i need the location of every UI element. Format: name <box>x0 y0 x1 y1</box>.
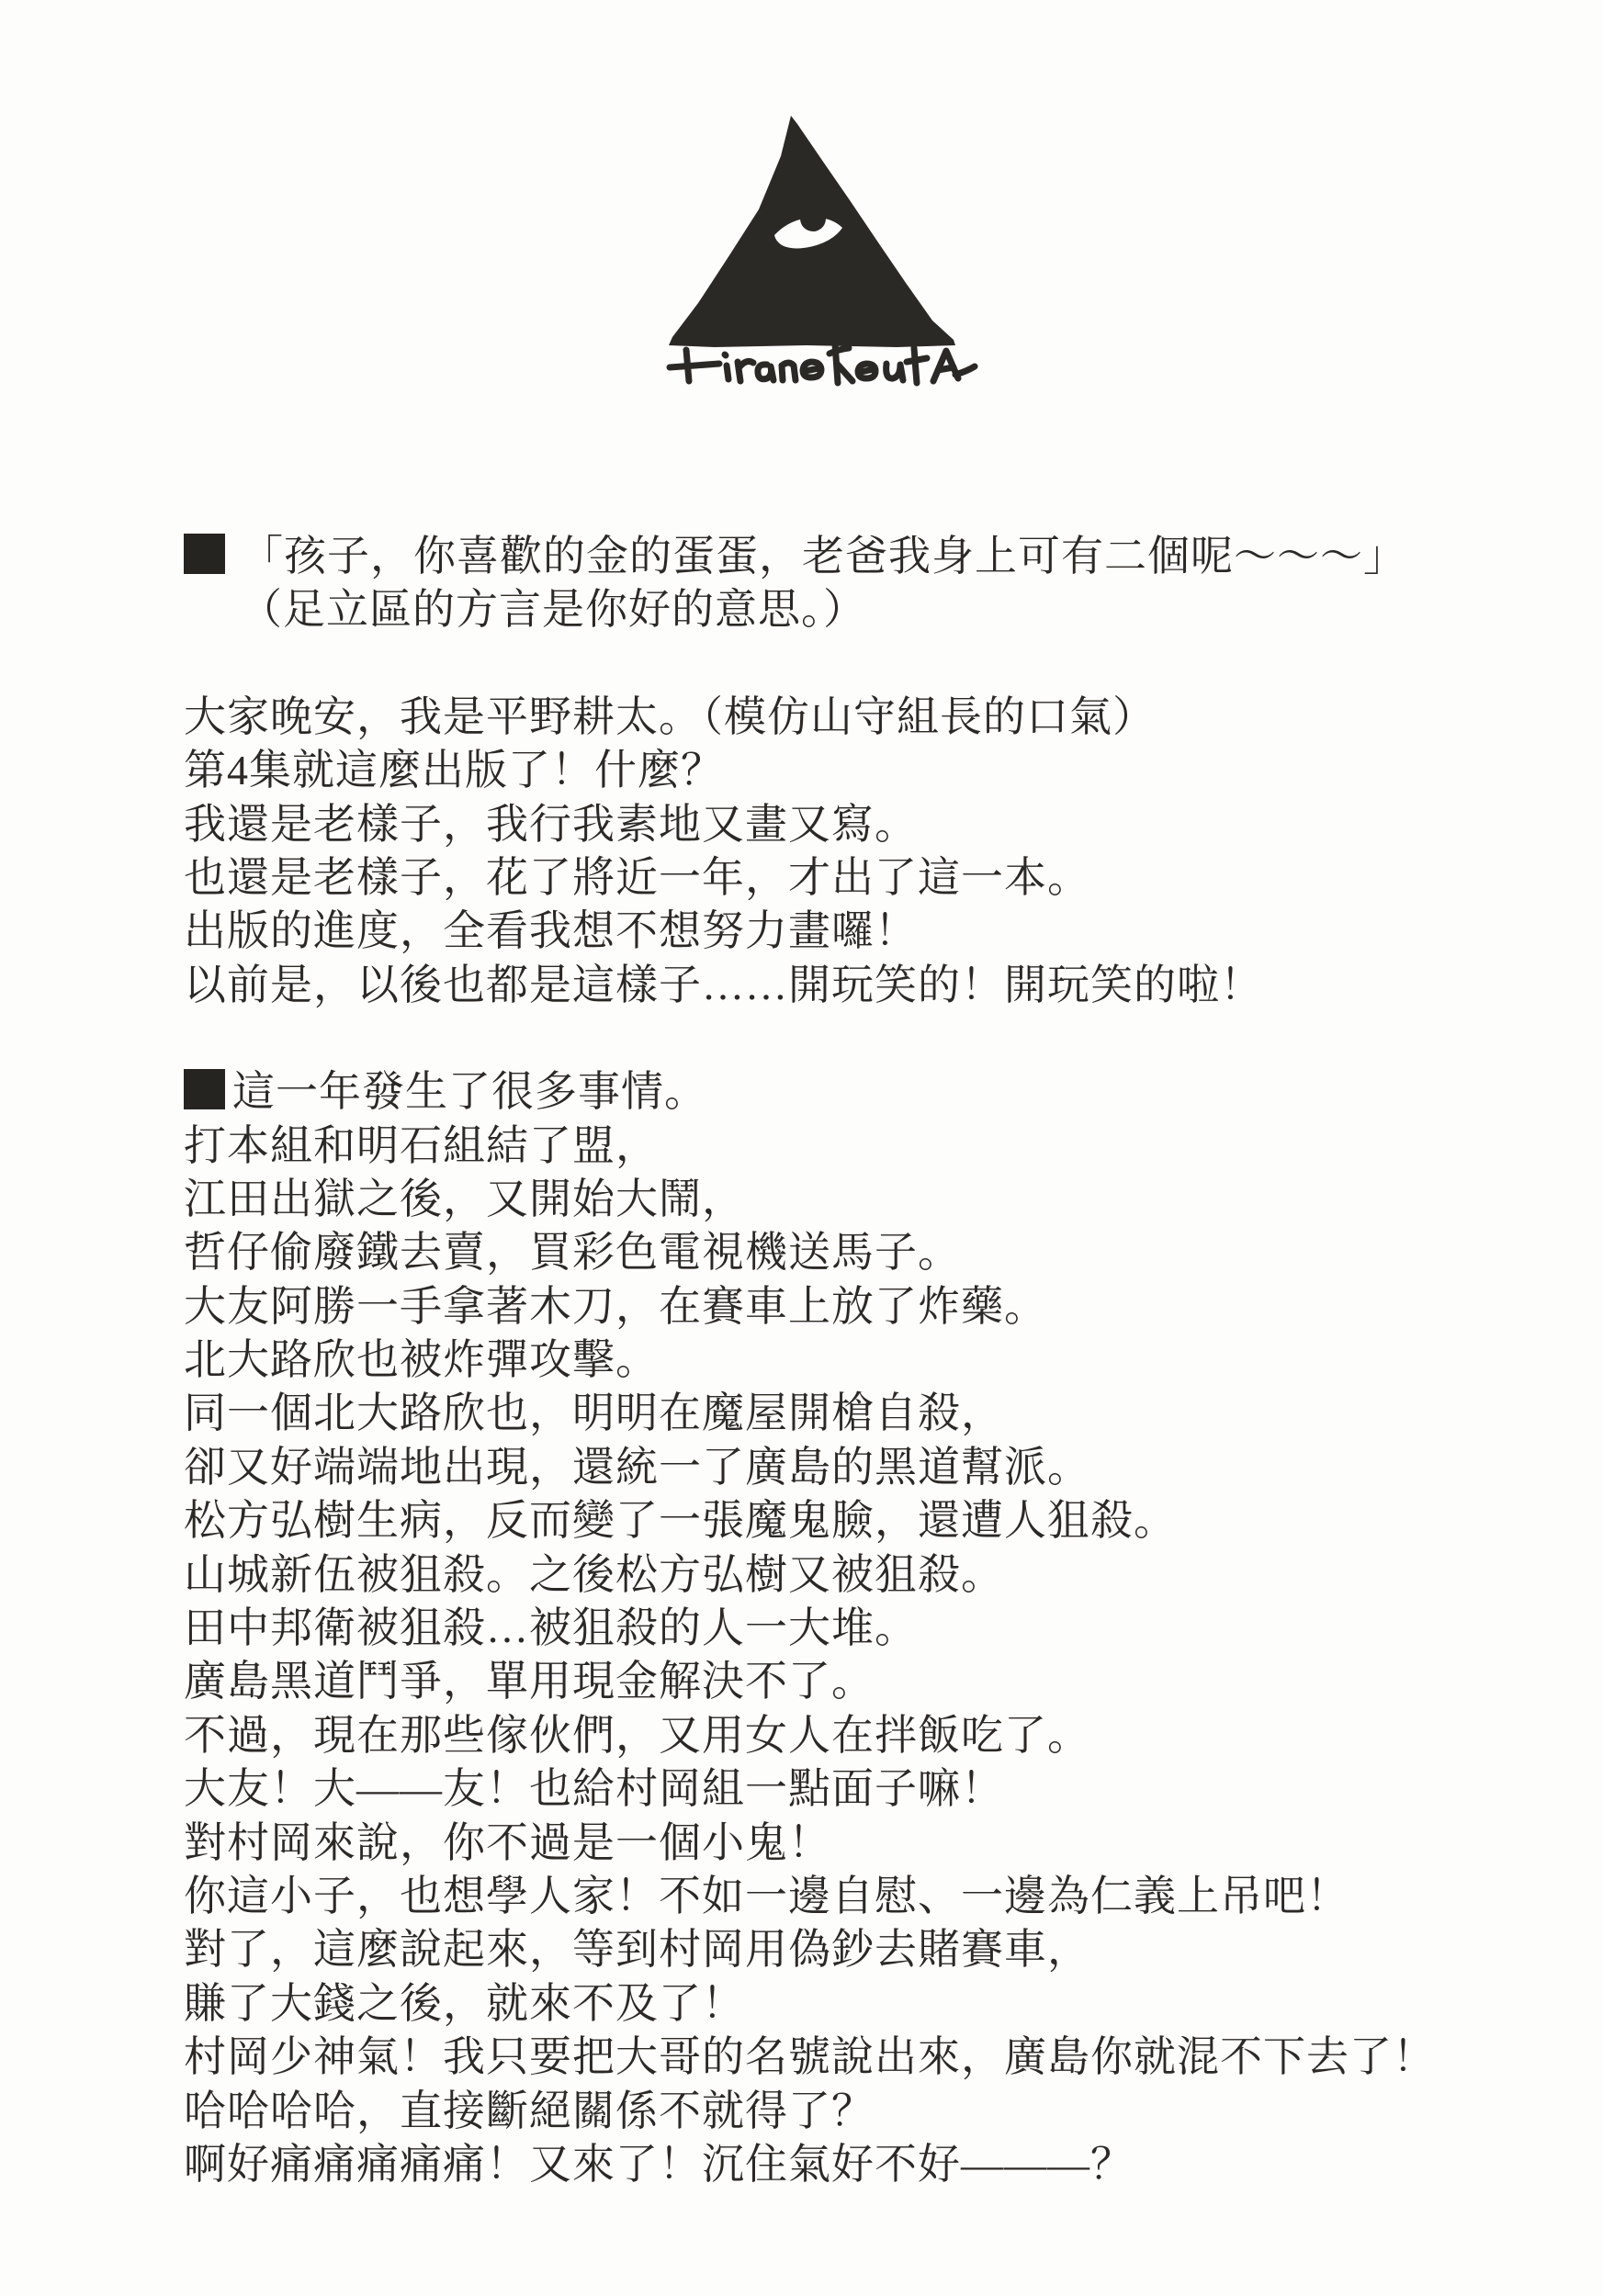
text-line: 同一個北大路欣也，明明在魔屋開槍自殺， <box>184 1387 1525 1440</box>
text-line: 江田出獄之後，又開始大鬧， <box>184 1173 1525 1226</box>
text-line: 大家晚安，我是平野耕太。（模仿山守組長的口氣） <box>184 691 1525 744</box>
artist-signature <box>666 338 978 400</box>
text-line: 大友阿勝一手拿著木刀，在賽車上放了炸藥。 <box>184 1280 1525 1334</box>
eye-pyramid-logo <box>660 108 967 352</box>
text-line: 出版的進度，全看我想不想努力畫囉！ <box>184 905 1525 958</box>
text-line-content: 這一年發生了很多事情。 <box>232 1068 707 1115</box>
text-line: 你這小子，也想學人家！不如一邊自慰、一邊為仁義上吊吧！ <box>184 1870 1525 1923</box>
paragraph-greeting: 「孩子，你喜歡的金的蛋蛋，老爸我身上可有二個呢～～～」 （足立區的方言是你好的意… <box>184 530 1525 637</box>
text-line: 也還是老樣子，花了將近一年，才出了這一本。 <box>184 851 1525 905</box>
text-line: 「孩子，你喜歡的金的蛋蛋，老爸我身上可有二個呢～～～」 <box>184 530 1525 583</box>
section-bullet-icon <box>184 1069 225 1109</box>
text-line: 廣島黑道鬥爭，單用現金解決不了。 <box>184 1655 1525 1708</box>
paragraph-intro: 大家晚安，我是平野耕太。（模仿山守組長的口氣） 第4集就這麼出版了！什麼？ 我還… <box>184 691 1525 1012</box>
text-line: 卻又好端端地出現，還統一了廣島的黑道幫派。 <box>184 1441 1525 1494</box>
section-bullet-icon <box>184 534 225 574</box>
text-line: 北大路欣也被炸彈攻擊。 <box>184 1334 1525 1387</box>
text-line-content: 「孩子，你喜歡的金的蛋蛋，老爸我身上可有二個呢～～～」 <box>241 533 1406 580</box>
text-line: 松方弘樹生病，反而變了一張魔鬼臉，還遭人狙殺。 <box>184 1494 1525 1548</box>
afterword-page: 「孩子，你喜歡的金的蛋蛋，老爸我身上可有二個呢～～～」 （足立區的方言是你好的意… <box>0 0 1603 2296</box>
text-line: 不過，現在那些傢伙們，又用女人在拌飯吃了。 <box>184 1709 1525 1762</box>
eye-pupil <box>800 206 826 231</box>
text-line: 我還是老樣子，我行我素地又畫又寫。 <box>184 798 1525 851</box>
text-line: 對了，這麼說起來，等到村岡用偽鈔去賭賽車， <box>184 1923 1525 1976</box>
text-line: 大友！大——友！也給村岡組一點面子嘛！ <box>184 1762 1525 1816</box>
text-line: 以前是，以後也都是這樣子……開玩笑的！開玩笑的啦！ <box>184 959 1525 1012</box>
text-line: 打本組和明石組結了盟， <box>184 1120 1525 1173</box>
text-line: 田中邦衛被狙殺…被狙殺的人一大堆。 <box>184 1602 1525 1655</box>
text-line: 對村岡來說，你不過是一個小鬼！ <box>184 1817 1525 1870</box>
text-line: （足立區的方言是你好的意思。） <box>184 583 1525 636</box>
afterword-text: 「孩子，你喜歡的金的蛋蛋，老爸我身上可有二個呢～～～」 （足立區的方言是你好的意… <box>184 530 1525 2191</box>
text-line: 山城新伍被狙殺。之後松方弘樹又被狙殺。 <box>184 1548 1525 1602</box>
text-line: 這一年發生了很多事情。 <box>184 1065 1525 1119</box>
text-line: 哲仔偷廢鐵去賣，買彩色電視機送馬子。 <box>184 1226 1525 1279</box>
text-line: 啊好痛痛痛痛痛！又來了！沉住氣好不好———？ <box>184 2138 1525 2191</box>
text-line: 哈哈哈哈，直接斷絕關係不就得了？ <box>184 2085 1525 2138</box>
text-line: 賺了大錢之後，就來不及了！ <box>184 1977 1525 2031</box>
text-line: 村岡少神氣！我只要把大哥的名號說出來，廣島你就混不下去了！ <box>184 2031 1525 2084</box>
text-line: 第4集就這麼出版了！什麼？ <box>184 744 1525 797</box>
paragraph-year-events: 這一年發生了很多事情。 打本組和明石組結了盟， 江田出獄之後，又開始大鬧， 哲仔… <box>184 1065 1525 2191</box>
